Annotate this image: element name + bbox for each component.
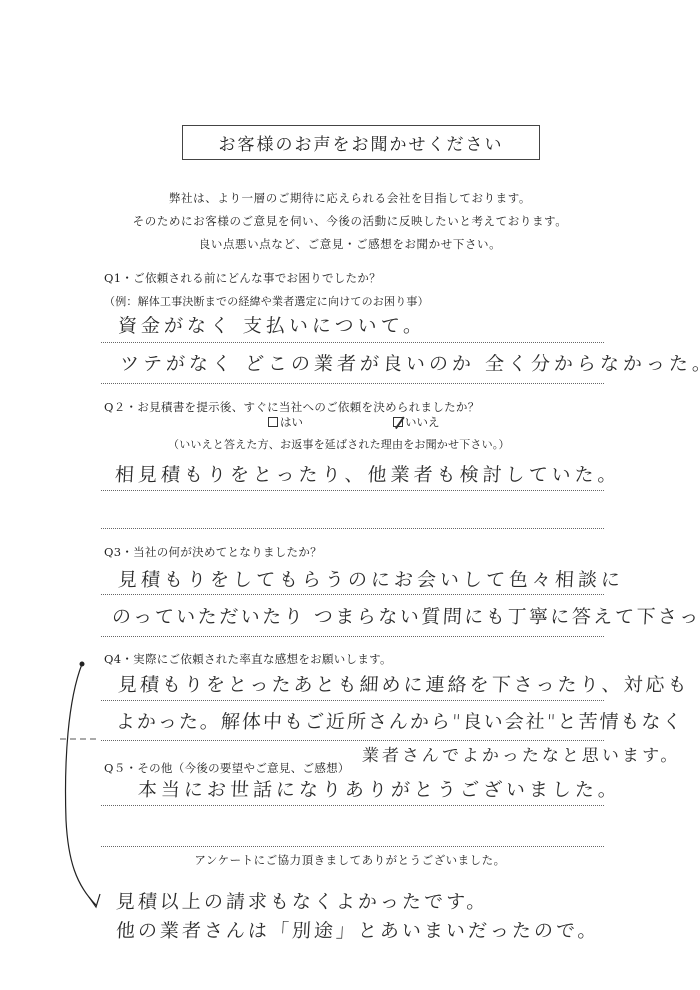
q1-answer-rule-1 <box>101 342 604 343</box>
q1-answer-line-1: 資金がなく 支払いについて。 <box>117 311 427 338</box>
q1-answer-line-2: ツテがなく どこの業者が良いのか 全く分からなかった。 <box>119 349 700 376</box>
q2-option-yes[interactable]: はい <box>268 414 303 430</box>
q3-answer-rule-2 <box>101 636 604 637</box>
checkbox-checked-icon[interactable] <box>393 417 403 427</box>
q4-label: Q4・実際にご依頼された率直な感想をお願いします。 <box>104 651 392 667</box>
q2-option-no-label: いいえ <box>405 414 440 430</box>
q2-option-yes-label: はい <box>280 414 303 430</box>
q3-answer-rule-1 <box>101 594 604 595</box>
footer-thanks: アンケートにご協力頂きましてありがとうございました。 <box>0 852 700 868</box>
q2-answer-rule-2 <box>101 528 604 529</box>
q2-option-no[interactable]: いいえ <box>393 414 440 430</box>
survey-title: お客様のお声をお聞かせください <box>182 125 540 160</box>
q1-answer-rule-2 <box>101 383 604 384</box>
q5-answer-line-1: 本当にお世話になりありがとうございました。 <box>137 775 621 802</box>
intro-line-3: 良い点悪い点など、ご意見・ご感想をお聞かせ下さい。 <box>0 236 700 252</box>
q2-label: Q２・お見積書を提示後、すぐに当社へのご依頼を決められましたか？ <box>104 399 480 415</box>
q4-answer-rule-1 <box>101 700 604 701</box>
q2-answer-rule-1 <box>101 490 604 491</box>
margin-note-line-1: 見積以上の請求もなくよかったです。 <box>115 887 489 914</box>
checkbox-unchecked-icon[interactable] <box>268 417 278 427</box>
q2-answer-line-1: 相見積もりをとったり、他業者も検討していた。 <box>114 460 621 487</box>
q4-answer-line-1: 見積もりをとったあとも細めに連絡を下さったり、対応も <box>117 670 690 697</box>
q4-answer-line-2: よかった。解体中もご近所さんから"良い会社"と苦情もなく <box>115 707 684 734</box>
q3-answer-line-1: 見積もりをしてもらうのにお会いして色々相談に <box>117 565 624 592</box>
q4-answer-line-3: 業者さんでよかったなと思います。 <box>361 741 681 766</box>
margin-note-line-2: 他の業者さんは「別途」とあいまいだったので。 <box>115 916 600 943</box>
q5-answer-rule-2 <box>101 846 604 847</box>
intro-line-1: 弊社は、より一層のご期待に応えられる会社を目指しております。 <box>0 190 700 206</box>
q2-sub: （いいえと答えた方、お返事を延ばされた理由をお聞かせ下さい。） <box>168 436 510 452</box>
q5-label: Q５・その他（今後の要望やご意見、ご感想） <box>104 760 350 776</box>
q1-label: Q1・ご依頼される前にどんな事でお困りでしたか？ <box>104 270 381 286</box>
q5-answer-rule-1 <box>101 805 604 806</box>
q3-answer-line-2: のっていただいたり つまらない質問にも丁寧に答えて下さった。 <box>111 602 700 629</box>
q1-sub: （例：解体工事決断までの経緯や業者選定に向けてのお困り事） <box>104 293 429 309</box>
intro-line-2: そのためにお客様のご意見を伺い、今後の活動に反映したいと考えております。 <box>0 213 700 229</box>
survey-page: お客様のお声をお聞かせください 弊社は、より一層のご期待に応えられる会社を目指し… <box>0 0 700 990</box>
q3-label: Q3・当社の何が決めてとなりましたか？ <box>104 544 322 560</box>
